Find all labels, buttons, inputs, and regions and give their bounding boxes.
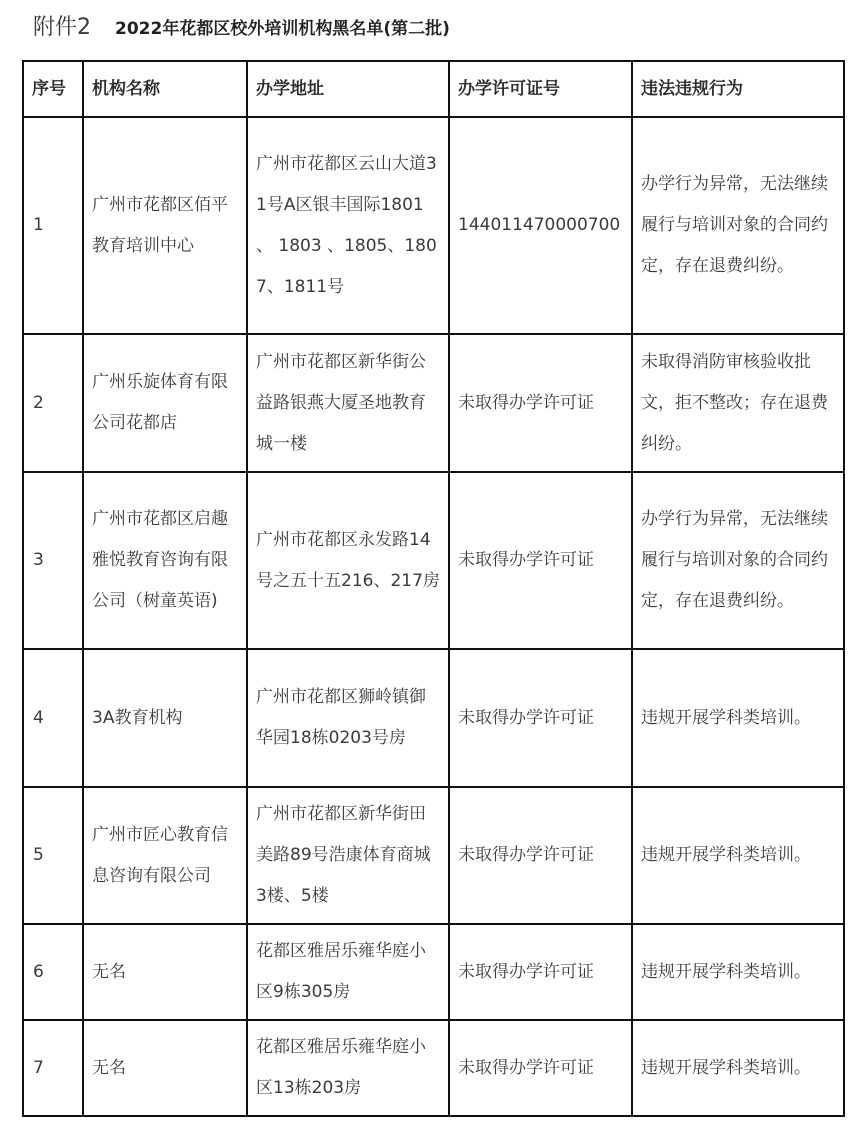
cell-license: 未取得办学许可证 [449,1020,632,1116]
cell-seq: 7 [23,1020,83,1116]
cell-address: 广州市花都区新华街田美路89号浩康体育商城3楼、5楼 [247,787,449,924]
cell-violation: 办学行为异常，无法继续履行与培训对象的合同约定，存在退费纠纷。 [632,472,844,649]
cell-violation: 违规开展学科类培训。 [632,1020,844,1116]
cell-violation: 未取得消防审核验收批文，拒不整改；存在退费纠纷。 [632,334,844,472]
table-header-row: 序号 机构名称 办学地址 办学许可证号 违法违规行为 [23,61,844,117]
cell-address: 花都区雅居乐雍华庭小区13栋203房 [247,1020,449,1116]
cell-seq: 4 [23,649,83,787]
header-address: 办学地址 [247,61,449,117]
cell-license: 未取得办学许可证 [449,472,632,649]
cell-address: 广州市花都区云山大道31号A区银丰国际1801 、 1803 、1805、180… [247,117,449,334]
cell-name: 广州市匠心教育信息咨询有限公司 [83,787,247,924]
table-row: 6 无名 花都区雅居乐雍华庭小区9栋305房 未取得办学许可证 违规开展学科类培… [23,924,844,1020]
table-row: 5 广州市匠心教育信息咨询有限公司 广州市花都区新华街田美路89号浩康体育商城3… [23,787,844,924]
cell-violation: 办学行为异常，无法继续履行与培训对象的合同约定，存在退费纠纷。 [632,117,844,334]
table-row: 3 广州市花都区启趣雅悦教育咨询有限公司（树童英语) 广州市花都区永发路14号之… [23,472,844,649]
cell-name: 广州市花都区启趣雅悦教育咨询有限公司（树童英语) [83,472,247,649]
document-title: 2022年花都区校外培训机构黑名单(第二批) [115,14,450,39]
cell-name: 无名 [83,924,247,1020]
cell-license: 144011470000700 [449,117,632,334]
cell-seq: 5 [23,787,83,924]
cell-name: 广州乐旋体育有限公司花都店 [83,334,247,472]
blacklist-table: 序号 机构名称 办学地址 办学许可证号 违法违规行为 1 广州市花都区佰平教育培… [22,60,845,1117]
cell-seq: 3 [23,472,83,649]
header-license: 办学许可证号 [449,61,632,117]
cell-violation: 违规开展学科类培训。 [632,649,844,787]
cell-seq: 2 [23,334,83,472]
cell-address: 广州市花都区永发路14号之五十五216、217房 [247,472,449,649]
cell-seq: 1 [23,117,83,334]
cell-license: 未取得办学许可证 [449,787,632,924]
cell-seq: 6 [23,924,83,1020]
table-row: 4 3A教育机构 广州市花都区狮岭镇御华园18栋0203号房 未取得办学许可证 … [23,649,844,787]
attachment-label: 附件2 [33,10,91,41]
cell-name: 广州市花都区佰平教育培训中心 [83,117,247,334]
cell-violation: 违规开展学科类培训。 [632,787,844,924]
cell-violation: 违规开展学科类培训。 [632,924,844,1020]
table-row: 1 广州市花都区佰平教育培训中心 广州市花都区云山大道31号A区银丰国际1801… [23,117,844,334]
header-violation: 违法违规行为 [632,61,844,117]
table-row: 7 无名 花都区雅居乐雍华庭小区13栋203房 未取得办学许可证 违规开展学科类… [23,1020,844,1116]
cell-address: 广州市花都区狮岭镇御华园18栋0203号房 [247,649,449,787]
header-name: 机构名称 [83,61,247,117]
cell-address: 花都区雅居乐雍华庭小区9栋305房 [247,924,449,1020]
cell-name: 无名 [83,1020,247,1116]
cell-license: 未取得办学许可证 [449,924,632,1020]
cell-license: 未取得办学许可证 [449,334,632,472]
header-seq: 序号 [23,61,83,117]
table-row: 2 广州乐旋体育有限公司花都店 广州市花都区新华街公益路银燕大厦圣地教育城一楼 … [23,334,844,472]
document-heading: 附件2 2022年花都区校外培训机构黑名单(第二批) [33,10,450,46]
cell-address: 广州市花都区新华街公益路银燕大厦圣地教育城一楼 [247,334,449,472]
cell-license: 未取得办学许可证 [449,649,632,787]
cell-name: 3A教育机构 [83,649,247,787]
